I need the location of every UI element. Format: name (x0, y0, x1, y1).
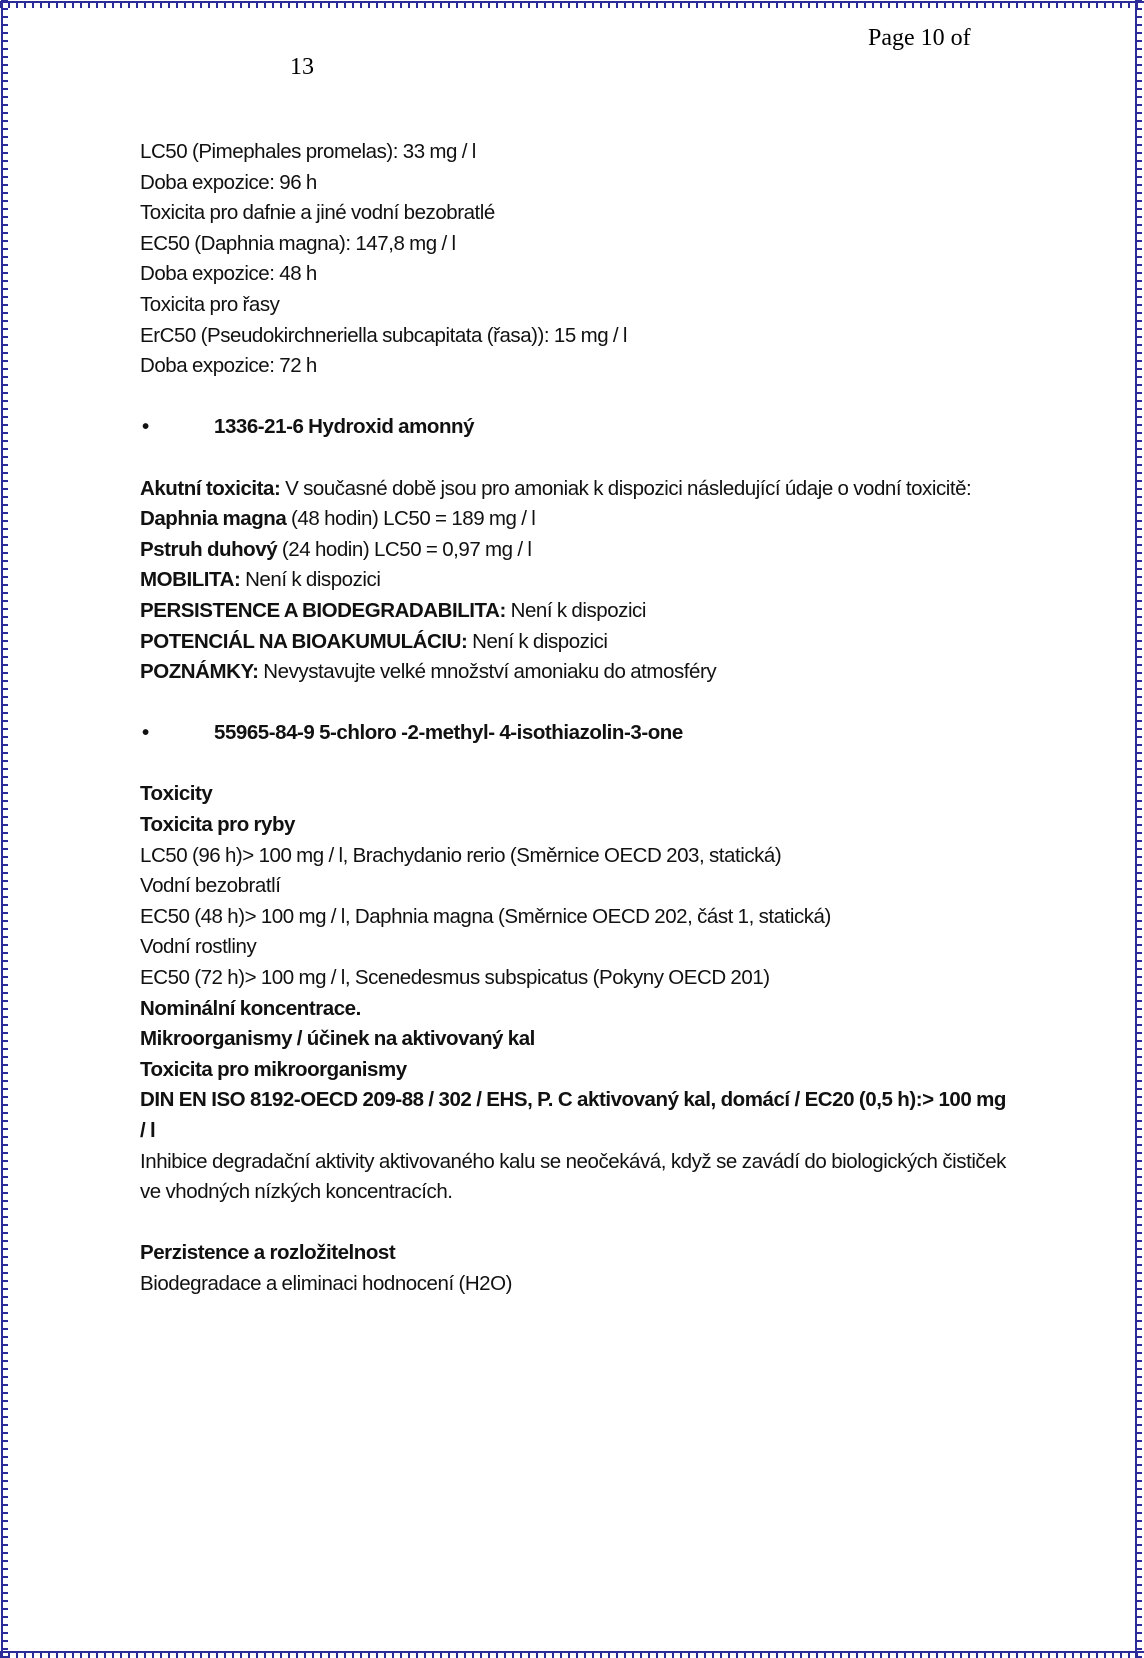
substance-title: 1336-21-6 Hydroxid amonný (214, 412, 474, 443)
persistence-label: PERSISTENCE A BIODEGRADABILITA: (140, 599, 506, 622)
text-line: Doba expozice: 48 h (140, 259, 1006, 290)
mobility-label: MOBILITA: (140, 568, 240, 591)
notes-label: POZNÁMKY: (140, 660, 259, 683)
document-body: LC50 (Pimephales promelas): 33 mg / l Do… (140, 137, 1006, 1300)
microorganisms-heading: Mikroorganismy / účinek na aktivovaný ka… (140, 1024, 1006, 1055)
page-border-bottom (0, 1650, 1144, 1658)
text-line: Doba expozice: 96 h (140, 168, 1006, 199)
invertebrates-text: EC50 (48 h)> 100 mg / l, Daphnia magna (… (140, 902, 1006, 933)
daphnia-label: Daphnia magna (140, 507, 286, 530)
spacer (140, 443, 1006, 474)
bioaccumulation-line: POTENCIÁL NA BIOAKUMULÁCIU: Není k dispo… (140, 627, 1006, 658)
page-border-top (0, 0, 1144, 8)
toxicity-heading: Toxicity (140, 779, 1006, 810)
text-line: Doba expozice: 72 h (140, 351, 1006, 382)
text-line: LC50 (Pimephales promelas): 33 mg / l (140, 137, 1006, 168)
notes-line: POZNÁMKY: Nevystavujte velké množství am… (140, 657, 1006, 688)
notes-text: Nevystavujte velké množství amoniaku do … (259, 660, 717, 683)
page-border-left (0, 0, 8, 1658)
substance-heading-2: • 55965-84-9 5-chloro -2-methyl- 4-isoth… (140, 718, 1006, 749)
trout-text: (24 hodin) LC50 = 0,97 mg / l (277, 538, 531, 561)
nominal-concentration: Nominální koncentrace. (140, 994, 1006, 1025)
acute-toxicity-text: V současné době jsou pro amoniak k dispo… (280, 477, 971, 500)
spacer (140, 382, 1006, 413)
trout-line: Pstruh duhový (24 hodin) LC50 = 0,97 mg … (140, 535, 1006, 566)
aquatic-plants-heading: Vodní rostliny (140, 932, 1006, 963)
mobility-line: MOBILITA: Není k dispozici (140, 565, 1006, 596)
daphnia-text: (48 hodin) LC50 = 189 mg / l (286, 507, 535, 530)
persistence-text: Není k dispozici (506, 599, 646, 622)
previous-substance-section: LC50 (Pimephales promelas): 33 mg / l Do… (140, 137, 1006, 382)
acute-toxicity-paragraph: Akutní toxicita: V současné době jsou pr… (140, 474, 1006, 505)
spacer (140, 749, 1006, 780)
invertebrates-heading: Vodní bezobratlí (140, 871, 1006, 902)
persistence-heading: Perzistence a rozložitelnost (140, 1238, 1006, 1269)
trout-label: Pstruh duhový (140, 538, 277, 561)
mobility-text: Není k dispozici (240, 568, 380, 591)
microorganisms-toxicity-heading: Toxicita pro mikroorganismy (140, 1055, 1006, 1086)
bullet-icon: • (142, 718, 149, 749)
daphnia-line: Daphnia magna (48 hodin) LC50 = 189 mg /… (140, 504, 1006, 535)
spacer (140, 1208, 1006, 1239)
text-line: ErC50 (Pseudokirchneriella subcapitata (… (140, 321, 1006, 352)
persistence-line: PERSISTENCE A BIODEGRADABILITA: Není k d… (140, 596, 1006, 627)
bioaccumulation-text: Není k dispozici (467, 630, 607, 653)
page-total-fragment: 13 (290, 54, 314, 81)
page-border-right (1134, 0, 1142, 1658)
text-line: Toxicita pro dafnie a jiné vodní bezobra… (140, 198, 1006, 229)
bullet-icon: • (142, 412, 149, 443)
text-line: EC50 (Daphnia magna): 147,8 mg / l (140, 229, 1006, 260)
fish-toxicity-heading: Toxicita pro ryby (140, 810, 1006, 841)
acute-toxicity-label: Akutní toxicita: (140, 477, 280, 500)
substance-title: 55965-84-9 5-chloro -2-methyl- 4-isothia… (214, 718, 683, 749)
persistence-text: Biodegradace a eliminaci hodnocení (H2O) (140, 1269, 1006, 1300)
inhibition-text: Inhibice degradační aktivity aktivovanéh… (140, 1147, 1006, 1208)
aquatic-plants-text: EC50 (72 h)> 100 mg / l, Scenedesmus sub… (140, 963, 1006, 994)
fish-toxicity-text: LC50 (96 h)> 100 mg / l, Brachydanio rer… (140, 841, 1006, 872)
din-method-text: DIN EN ISO 8192-OECD 209-88 / 302 / EHS,… (140, 1085, 1006, 1146)
bioaccumulation-label: POTENCIÁL NA BIOAKUMULÁCIU: (140, 630, 467, 653)
substance-heading-1: • 1336-21-6 Hydroxid amonný (140, 412, 1006, 443)
spacer (140, 688, 1006, 719)
text-line: Toxicita pro řasy (140, 290, 1006, 321)
page-label: Page 10 of (868, 25, 971, 52)
